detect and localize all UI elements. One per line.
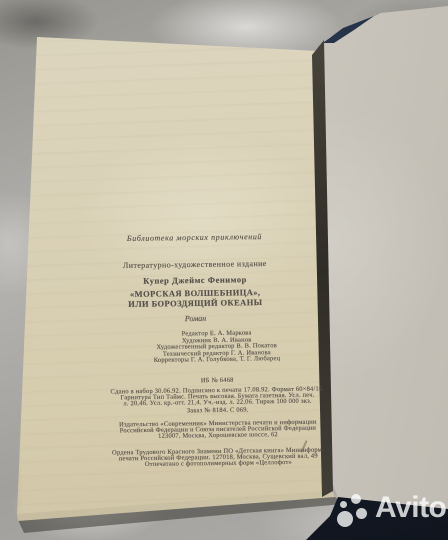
avito-watermark-label: Avito	[375, 491, 446, 525]
publisher-info: Издательство «Современник» Министерства …	[100, 419, 335, 441]
title-block: Библиотека морских приключений Литератур…	[84, 231, 305, 324]
series-title: Библиотека морских приключений	[84, 231, 304, 243]
printer-info: Ордена Трудового Красного Знамени ПО «Де…	[101, 447, 336, 469]
avito-logo-icon	[337, 494, 371, 528]
ib-number: ИБ № 6468	[100, 376, 335, 386]
avito-dot-icon	[337, 511, 353, 527]
avito-dot-icon	[351, 494, 361, 504]
print-specs: Сдано в набор 30.06.92. Подписано к печа…	[100, 386, 335, 408]
avito-dot-icon	[340, 501, 347, 508]
author-name: Купер Джеймс Фенимор	[85, 274, 305, 286]
avito-dot-icon	[356, 508, 367, 519]
book-photo: Библиотека морских приключений Литератур…	[0, 0, 448, 540]
book-title-line2: ИЛИ БОРОЗДЯЩИЙ ОКЕАНЫ	[85, 297, 305, 310]
edition-type: Литературно-художественное издание	[85, 258, 305, 270]
credits-list: Редактор Е. А. Маркова Художник В. А. Ив…	[99, 329, 334, 365]
imprint-block: Редактор Е. А. Маркова Художник В. А. Ив…	[99, 329, 336, 469]
avito-watermark: Avito	[337, 490, 447, 532]
order-number: Заказ № 8184. С 069.	[100, 407, 335, 417]
